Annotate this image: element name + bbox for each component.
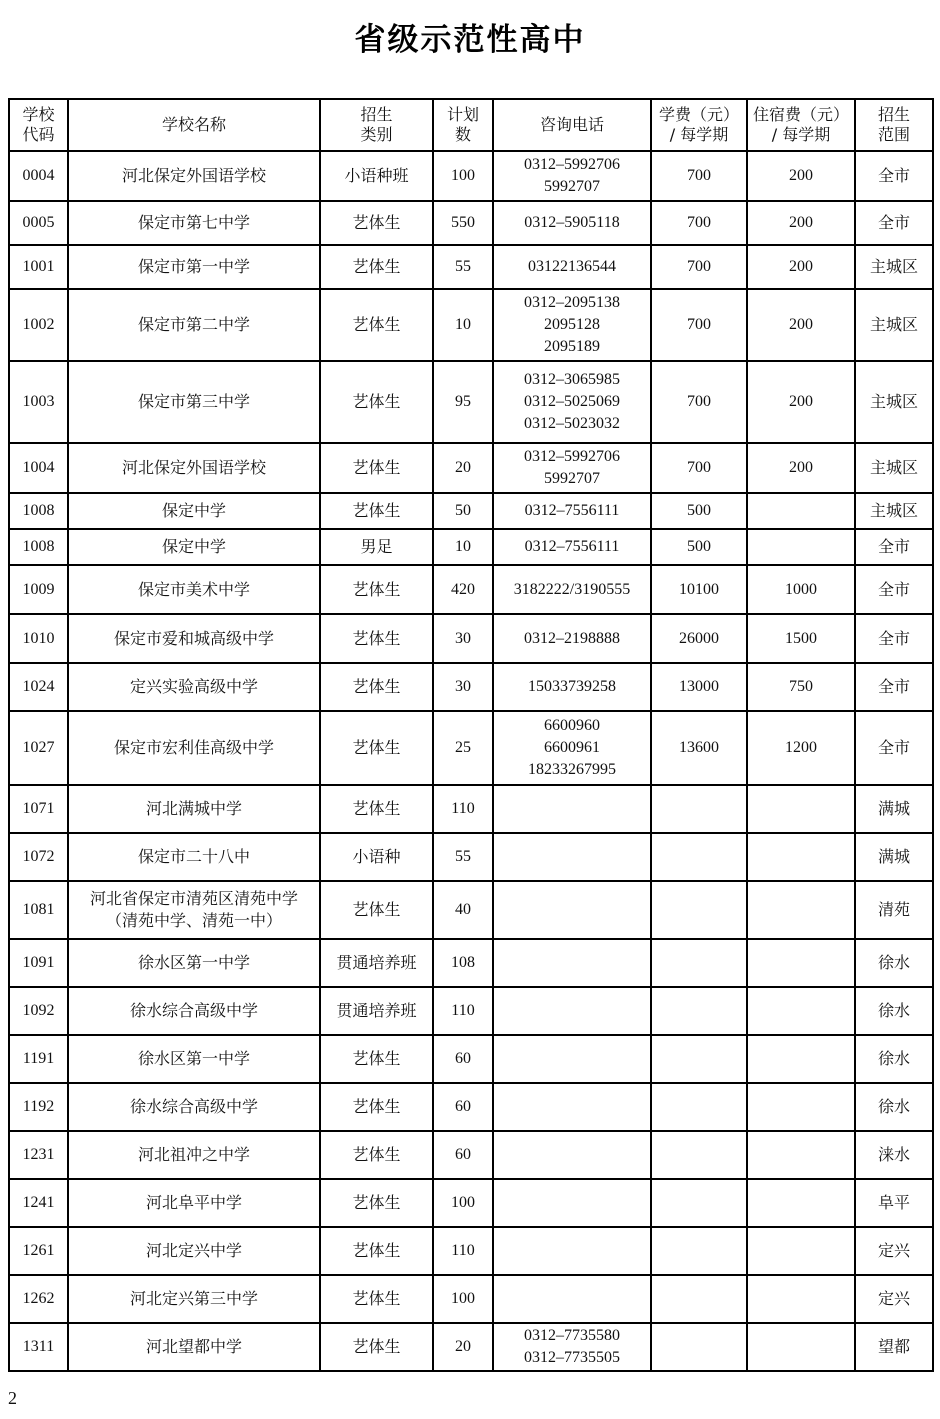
cell-dorm bbox=[747, 1179, 855, 1227]
cell-scope: 涞水 bbox=[855, 1131, 933, 1179]
cell-tuition bbox=[651, 987, 747, 1035]
cell-line: 保定市美术中学 bbox=[71, 579, 317, 601]
cell-phone bbox=[493, 833, 651, 881]
cell-name: 河北望都中学 bbox=[68, 1323, 320, 1371]
cell-name: 徐水综合高级中学 bbox=[68, 1083, 320, 1131]
cell-category: 贯通培养班 bbox=[320, 939, 433, 987]
cell-name: 保定中学 bbox=[68, 493, 320, 529]
table-row: 1191徐水区第一中学艺体生60徐水 bbox=[9, 1035, 933, 1083]
cell-category: 艺体生 bbox=[320, 711, 433, 785]
cell-code: 1192 bbox=[9, 1083, 68, 1131]
cell-line: 河北祖冲之中学 bbox=[71, 1144, 317, 1166]
cell-dorm: 750 bbox=[747, 663, 855, 711]
cell-scope: 主城区 bbox=[855, 361, 933, 443]
cell-line: 保定市第二中学 bbox=[71, 314, 317, 336]
column-header-label: 数 bbox=[436, 125, 490, 145]
cell-scope: 徐水 bbox=[855, 1035, 933, 1083]
column-header-phone: 咨询电话 bbox=[493, 99, 651, 151]
cell-plan: 95 bbox=[433, 361, 493, 443]
cell-tuition: 700 bbox=[651, 289, 747, 361]
column-header-label: / 每学期 bbox=[750, 125, 852, 145]
cell-plan: 60 bbox=[433, 1131, 493, 1179]
cell-name: 河北满城中学 bbox=[68, 785, 320, 833]
table-row: 1024定兴实验高级中学艺体生301503373925813000750全市 bbox=[9, 663, 933, 711]
cell-category: 艺体生 bbox=[320, 289, 433, 361]
column-header-label: 学校名称 bbox=[71, 115, 317, 135]
cell-code: 1092 bbox=[9, 987, 68, 1035]
column-header-label: 招生 bbox=[323, 105, 430, 125]
cell-scope: 主城区 bbox=[855, 245, 933, 289]
cell-category: 艺体生 bbox=[320, 1275, 433, 1323]
cell-tuition bbox=[651, 1227, 747, 1275]
cell-dorm bbox=[747, 785, 855, 833]
cell-plan: 60 bbox=[433, 1083, 493, 1131]
table-header-row: 学校代码学校名称招生类别计划数咨询电话学费（元）/ 每学期住宿费（元）/ 每学期… bbox=[9, 99, 933, 151]
cell-category: 艺体生 bbox=[320, 881, 433, 939]
cell-dorm: 200 bbox=[747, 289, 855, 361]
cell-scope: 定兴 bbox=[855, 1227, 933, 1275]
cell-tuition: 700 bbox=[651, 245, 747, 289]
cell-name: 保定市二十八中 bbox=[68, 833, 320, 881]
cell-name: 保定市宏利佳高级中学 bbox=[68, 711, 320, 785]
cell-scope: 望都 bbox=[855, 1323, 933, 1371]
cell-code: 1262 bbox=[9, 1275, 68, 1323]
cell-scope: 满城 bbox=[855, 833, 933, 881]
column-header-label: / 每学期 bbox=[654, 125, 744, 145]
cell-dorm bbox=[747, 493, 855, 529]
cell-code: 1008 bbox=[9, 493, 68, 529]
cell-phone: 15033739258 bbox=[493, 663, 651, 711]
cell-scope: 全市 bbox=[855, 529, 933, 565]
cell-category: 艺体生 bbox=[320, 663, 433, 711]
cell-tuition: 500 bbox=[651, 493, 747, 529]
cell-name: 河北保定外国语学校 bbox=[68, 151, 320, 201]
cell-phone: 0312–209513820951282095189 bbox=[493, 289, 651, 361]
cell-plan: 30 bbox=[433, 614, 493, 663]
cell-tuition: 500 bbox=[651, 529, 747, 565]
cell-code: 1027 bbox=[9, 711, 68, 785]
column-header-label: 咨询电话 bbox=[496, 115, 648, 135]
cell-category: 小语种班 bbox=[320, 151, 433, 201]
cell-code: 0005 bbox=[9, 201, 68, 245]
cell-line: 5992707 bbox=[496, 468, 648, 490]
cell-tuition bbox=[651, 1083, 747, 1131]
cell-tuition bbox=[651, 1131, 747, 1179]
cell-tuition bbox=[651, 1179, 747, 1227]
cell-scope: 全市 bbox=[855, 151, 933, 201]
cell-line: 6600960 bbox=[496, 715, 648, 737]
table-row: 1072保定市二十八中小语种55满城 bbox=[9, 833, 933, 881]
column-header-label: 范围 bbox=[858, 125, 930, 145]
cell-dorm bbox=[747, 1035, 855, 1083]
page-number: 2 bbox=[8, 1388, 17, 1409]
cell-scope: 满城 bbox=[855, 785, 933, 833]
table-row: 1008保定中学艺体生500312–7556111500主城区 bbox=[9, 493, 933, 529]
cell-line: 0312–5992706 bbox=[496, 446, 648, 468]
cell-line: 03122136544 bbox=[496, 256, 648, 278]
cell-dorm: 200 bbox=[747, 361, 855, 443]
table-row: 1261河北定兴中学艺体生110定兴 bbox=[9, 1227, 933, 1275]
cell-line: 河北省保定市清苑区清苑中学 bbox=[71, 888, 317, 910]
cell-category: 艺体生 bbox=[320, 1227, 433, 1275]
cell-code: 1091 bbox=[9, 939, 68, 987]
table-row: 1311河北望都中学艺体生200312–77355800312–7735505望… bbox=[9, 1323, 933, 1371]
cell-dorm bbox=[747, 987, 855, 1035]
table-row: 1004河北保定外国语学校艺体生200312–59927065992707700… bbox=[9, 443, 933, 493]
cell-name: 保定中学 bbox=[68, 529, 320, 565]
cell-code: 1071 bbox=[9, 785, 68, 833]
cell-name: 河北定兴中学 bbox=[68, 1227, 320, 1275]
cell-category: 艺体生 bbox=[320, 1323, 433, 1371]
cell-dorm: 200 bbox=[747, 245, 855, 289]
cell-name: 河北保定外国语学校 bbox=[68, 443, 320, 493]
cell-dorm: 200 bbox=[747, 151, 855, 201]
cell-plan: 20 bbox=[433, 443, 493, 493]
cell-plan: 108 bbox=[433, 939, 493, 987]
table-row: 1231河北祖冲之中学艺体生60涞水 bbox=[9, 1131, 933, 1179]
cell-name: 河北省保定市清苑区清苑中学（清苑中学、清苑一中） bbox=[68, 881, 320, 939]
cell-dorm bbox=[747, 1227, 855, 1275]
cell-plan: 100 bbox=[433, 1275, 493, 1323]
cell-code: 1004 bbox=[9, 443, 68, 493]
table-row: 1010保定市爱和城高级中学艺体生300312–2198888260001500… bbox=[9, 614, 933, 663]
cell-scope: 徐水 bbox=[855, 987, 933, 1035]
table-row: 1081河北省保定市清苑区清苑中学（清苑中学、清苑一中）艺体生40清苑 bbox=[9, 881, 933, 939]
table-row: 1002保定市第二中学艺体生100312–2095138209512820951… bbox=[9, 289, 933, 361]
cell-line: 0312–2198888 bbox=[496, 628, 648, 650]
cell-line: 定兴实验高级中学 bbox=[71, 676, 317, 698]
cell-dorm bbox=[747, 881, 855, 939]
cell-code: 1231 bbox=[9, 1131, 68, 1179]
cell-line: 0312–2095138 bbox=[496, 292, 648, 314]
cell-scope: 徐水 bbox=[855, 1083, 933, 1131]
cell-line: 河北保定外国语学校 bbox=[71, 457, 317, 479]
table-row: 0004河北保定外国语学校小语种班1000312–599270659927077… bbox=[9, 151, 933, 201]
cell-line: 河北阜平中学 bbox=[71, 1192, 317, 1214]
cell-tuition: 700 bbox=[651, 201, 747, 245]
cell-phone bbox=[493, 1227, 651, 1275]
cell-phone: 0312–7556111 bbox=[493, 529, 651, 565]
cell-plan: 110 bbox=[433, 1227, 493, 1275]
cell-line: 0312–5025069 bbox=[496, 391, 648, 413]
table-row: 1008保定中学男足100312–7556111500全市 bbox=[9, 529, 933, 565]
cell-code: 1024 bbox=[9, 663, 68, 711]
column-header-category: 招生类别 bbox=[320, 99, 433, 151]
cell-phone bbox=[493, 1179, 651, 1227]
cell-name: 徐水区第一中学 bbox=[68, 939, 320, 987]
cell-phone: 3182222/3190555 bbox=[493, 565, 651, 614]
cell-code: 0004 bbox=[9, 151, 68, 201]
table-row: 1071河北满城中学艺体生110满城 bbox=[9, 785, 933, 833]
cell-line: 18233267995 bbox=[496, 759, 648, 781]
cell-line: 0312–7735505 bbox=[496, 1347, 648, 1369]
cell-code: 1008 bbox=[9, 529, 68, 565]
cell-code: 1002 bbox=[9, 289, 68, 361]
cell-category: 艺体生 bbox=[320, 443, 433, 493]
cell-name: 保定市第二中学 bbox=[68, 289, 320, 361]
cell-line: 2095128 bbox=[496, 314, 648, 336]
cell-plan: 100 bbox=[433, 1179, 493, 1227]
cell-scope: 主城区 bbox=[855, 493, 933, 529]
cell-plan: 50 bbox=[433, 493, 493, 529]
cell-plan: 110 bbox=[433, 987, 493, 1035]
cell-line: 0312–5905118 bbox=[496, 212, 648, 234]
cell-phone: 6600960660096118233267995 bbox=[493, 711, 651, 785]
cell-plan: 10 bbox=[433, 529, 493, 565]
cell-line: 保定市第三中学 bbox=[71, 391, 317, 413]
cell-plan: 40 bbox=[433, 881, 493, 939]
cell-plan: 25 bbox=[433, 711, 493, 785]
cell-plan: 30 bbox=[433, 663, 493, 711]
cell-line: 河北定兴第三中学 bbox=[71, 1288, 317, 1310]
cell-scope: 徐水 bbox=[855, 939, 933, 987]
cell-phone: 0312–5905118 bbox=[493, 201, 651, 245]
cell-tuition bbox=[651, 785, 747, 833]
cell-code: 1072 bbox=[9, 833, 68, 881]
cell-category: 艺体生 bbox=[320, 565, 433, 614]
cell-category: 艺体生 bbox=[320, 1179, 433, 1227]
cell-code: 1003 bbox=[9, 361, 68, 443]
cell-line: 3182222/3190555 bbox=[496, 579, 648, 601]
cell-line: 15033739258 bbox=[496, 676, 648, 698]
cell-dorm bbox=[747, 1131, 855, 1179]
cell-tuition: 13600 bbox=[651, 711, 747, 785]
cell-line: 保定市宏利佳高级中学 bbox=[71, 737, 317, 759]
table-row: 1027保定市宏利佳高级中学艺体生25660096066009611823326… bbox=[9, 711, 933, 785]
cell-dorm: 200 bbox=[747, 443, 855, 493]
cell-tuition: 700 bbox=[651, 151, 747, 201]
cell-phone bbox=[493, 939, 651, 987]
cell-category: 贯通培养班 bbox=[320, 987, 433, 1035]
column-header-scope: 招生范围 bbox=[855, 99, 933, 151]
cell-plan: 10 bbox=[433, 289, 493, 361]
cell-line: 河北满城中学 bbox=[71, 798, 317, 820]
table-row: 1192徐水综合高级中学艺体生60徐水 bbox=[9, 1083, 933, 1131]
cell-plan: 55 bbox=[433, 833, 493, 881]
table-row: 1001保定市第一中学艺体生5503122136544700200主城区 bbox=[9, 245, 933, 289]
page-title: 省级示范性高中 bbox=[0, 14, 940, 59]
cell-scope: 全市 bbox=[855, 614, 933, 663]
cell-dorm: 1500 bbox=[747, 614, 855, 663]
table-row: 1092徐水综合高级中学贯通培养班110徐水 bbox=[9, 987, 933, 1035]
cell-tuition: 26000 bbox=[651, 614, 747, 663]
cell-phone bbox=[493, 1275, 651, 1323]
table-row: 1262河北定兴第三中学艺体生100定兴 bbox=[9, 1275, 933, 1323]
table-row: 1091徐水区第一中学贯通培养班108徐水 bbox=[9, 939, 933, 987]
cell-scope: 全市 bbox=[855, 565, 933, 614]
cell-category: 男足 bbox=[320, 529, 433, 565]
cell-tuition bbox=[651, 881, 747, 939]
cell-name: 保定市第一中学 bbox=[68, 245, 320, 289]
cell-category: 艺体生 bbox=[320, 361, 433, 443]
cell-line: 0312–7556111 bbox=[496, 500, 648, 522]
cell-line: 6600961 bbox=[496, 737, 648, 759]
cell-scope: 定兴 bbox=[855, 1275, 933, 1323]
cell-line: 徐水区第一中学 bbox=[71, 952, 317, 974]
cell-dorm bbox=[747, 1083, 855, 1131]
cell-name: 河北祖冲之中学 bbox=[68, 1131, 320, 1179]
cell-name: 河北阜平中学 bbox=[68, 1179, 320, 1227]
cell-line: 保定市第一中学 bbox=[71, 256, 317, 278]
cell-phone: 0312–30659850312–50250690312–5023032 bbox=[493, 361, 651, 443]
cell-scope: 清苑 bbox=[855, 881, 933, 939]
cell-scope: 全市 bbox=[855, 711, 933, 785]
cell-line: 2095189 bbox=[496, 336, 648, 358]
cell-line: 徐水综合高级中学 bbox=[71, 1000, 317, 1022]
cell-scope: 阜平 bbox=[855, 1179, 933, 1227]
cell-tuition bbox=[651, 1323, 747, 1371]
column-header-label: 代码 bbox=[12, 125, 65, 145]
cell-name: 徐水综合高级中学 bbox=[68, 987, 320, 1035]
cell-category: 小语种 bbox=[320, 833, 433, 881]
cell-phone: 0312–7556111 bbox=[493, 493, 651, 529]
cell-dorm: 200 bbox=[747, 201, 855, 245]
cell-scope: 全市 bbox=[855, 201, 933, 245]
cell-dorm bbox=[747, 1323, 855, 1371]
cell-code: 1009 bbox=[9, 565, 68, 614]
cell-line: 保定市爱和城高级中学 bbox=[71, 628, 317, 650]
cell-name: 河北定兴第三中学 bbox=[68, 1275, 320, 1323]
column-header-label: 计划 bbox=[436, 105, 490, 125]
cell-plan: 60 bbox=[433, 1035, 493, 1083]
cell-line: 0312–5992706 bbox=[496, 154, 648, 176]
cell-code: 1010 bbox=[9, 614, 68, 663]
table-row: 1009保定市美术中学艺体生4203182222/319055510100100… bbox=[9, 565, 933, 614]
cell-plan: 100 bbox=[433, 151, 493, 201]
cell-dorm bbox=[747, 529, 855, 565]
column-header-code: 学校代码 bbox=[9, 99, 68, 151]
table-row: 1003保定市第三中学艺体生950312–30659850312–5025069… bbox=[9, 361, 933, 443]
cell-phone: 0312–59927065992707 bbox=[493, 443, 651, 493]
cell-tuition: 13000 bbox=[651, 663, 747, 711]
cell-code: 1311 bbox=[9, 1323, 68, 1371]
cell-phone: 03122136544 bbox=[493, 245, 651, 289]
table-body: 0004河北保定外国语学校小语种班1000312–599270659927077… bbox=[9, 151, 933, 1371]
column-header-label: 学校 bbox=[12, 105, 65, 125]
cell-tuition bbox=[651, 939, 747, 987]
cell-phone bbox=[493, 1131, 651, 1179]
cell-dorm: 1000 bbox=[747, 565, 855, 614]
cell-plan: 110 bbox=[433, 785, 493, 833]
cell-phone bbox=[493, 881, 651, 939]
column-header-plan: 计划数 bbox=[433, 99, 493, 151]
cell-category: 艺体生 bbox=[320, 1083, 433, 1131]
table-row: 1241河北阜平中学艺体生100阜平 bbox=[9, 1179, 933, 1227]
cell-code: 1001 bbox=[9, 245, 68, 289]
cell-dorm bbox=[747, 939, 855, 987]
cell-code: 1261 bbox=[9, 1227, 68, 1275]
column-header-tuition: 学费（元）/ 每学期 bbox=[651, 99, 747, 151]
cell-scope: 全市 bbox=[855, 663, 933, 711]
cell-line: 保定市第七中学 bbox=[71, 212, 317, 234]
cell-line: 河北望都中学 bbox=[71, 1336, 317, 1358]
cell-name: 保定市第七中学 bbox=[68, 201, 320, 245]
cell-dorm bbox=[747, 1275, 855, 1323]
cell-tuition bbox=[651, 1035, 747, 1083]
cell-line: （清苑中学、清苑一中） bbox=[71, 910, 317, 932]
cell-line: 5992707 bbox=[496, 176, 648, 198]
table-row: 0005保定市第七中学艺体生5500312–5905118700200全市 bbox=[9, 201, 933, 245]
cell-code: 1241 bbox=[9, 1179, 68, 1227]
cell-phone bbox=[493, 785, 651, 833]
cell-tuition: 700 bbox=[651, 361, 747, 443]
cell-dorm: 1200 bbox=[747, 711, 855, 785]
cell-category: 艺体生 bbox=[320, 1131, 433, 1179]
cell-plan: 550 bbox=[433, 201, 493, 245]
cell-phone bbox=[493, 1035, 651, 1083]
cell-scope: 主城区 bbox=[855, 443, 933, 493]
cell-line: 河北定兴中学 bbox=[71, 1240, 317, 1262]
column-header-label: 学费（元） bbox=[654, 105, 744, 125]
cell-line: 河北保定外国语学校 bbox=[71, 165, 317, 187]
cell-name: 徐水区第一中学 bbox=[68, 1035, 320, 1083]
column-header-label: 类别 bbox=[323, 125, 430, 145]
cell-dorm bbox=[747, 833, 855, 881]
cell-category: 艺体生 bbox=[320, 245, 433, 289]
cell-phone: 0312–77355800312–7735505 bbox=[493, 1323, 651, 1371]
cell-code: 1081 bbox=[9, 881, 68, 939]
cell-category: 艺体生 bbox=[320, 614, 433, 663]
cell-tuition: 700 bbox=[651, 443, 747, 493]
cell-tuition: 10100 bbox=[651, 565, 747, 614]
cell-phone: 0312–59927065992707 bbox=[493, 151, 651, 201]
cell-plan: 420 bbox=[433, 565, 493, 614]
cell-line: 0312–3065985 bbox=[496, 369, 648, 391]
cell-code: 1191 bbox=[9, 1035, 68, 1083]
cell-line: 保定中学 bbox=[71, 500, 317, 522]
cell-line: 0312–5023032 bbox=[496, 413, 648, 435]
cell-category: 艺体生 bbox=[320, 785, 433, 833]
cell-line: 徐水综合高级中学 bbox=[71, 1096, 317, 1118]
cell-line: 徐水区第一中学 bbox=[71, 1048, 317, 1070]
cell-category: 艺体生 bbox=[320, 1035, 433, 1083]
cell-tuition bbox=[651, 1275, 747, 1323]
cell-name: 保定市第三中学 bbox=[68, 361, 320, 443]
cell-line: 保定市二十八中 bbox=[71, 846, 317, 868]
cell-plan: 20 bbox=[433, 1323, 493, 1371]
cell-phone bbox=[493, 1083, 651, 1131]
school-enrollment-table: 学校代码学校名称招生类别计划数咨询电话学费（元）/ 每学期住宿费（元）/ 每学期… bbox=[8, 98, 934, 1372]
cell-tuition bbox=[651, 833, 747, 881]
cell-name: 定兴实验高级中学 bbox=[68, 663, 320, 711]
cell-line: 0312–7556111 bbox=[496, 536, 648, 558]
column-header-name: 学校名称 bbox=[68, 99, 320, 151]
column-header-label: 招生 bbox=[858, 105, 930, 125]
cell-scope: 主城区 bbox=[855, 289, 933, 361]
cell-name: 保定市爱和城高级中学 bbox=[68, 614, 320, 663]
column-header-dorm: 住宿费（元）/ 每学期 bbox=[747, 99, 855, 151]
cell-category: 艺体生 bbox=[320, 201, 433, 245]
cell-phone bbox=[493, 987, 651, 1035]
cell-category: 艺体生 bbox=[320, 493, 433, 529]
cell-plan: 55 bbox=[433, 245, 493, 289]
column-header-label: 住宿费（元） bbox=[750, 105, 852, 125]
cell-name: 保定市美术中学 bbox=[68, 565, 320, 614]
cell-line: 0312–7735580 bbox=[496, 1325, 648, 1347]
cell-line: 保定中学 bbox=[71, 536, 317, 558]
cell-phone: 0312–2198888 bbox=[493, 614, 651, 663]
